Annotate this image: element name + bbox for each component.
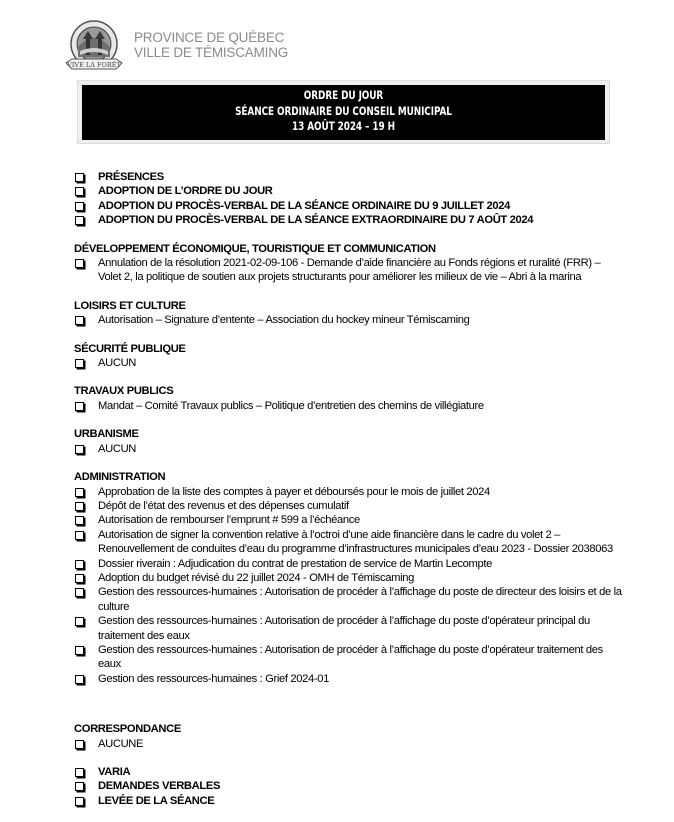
section-heading: SÉCURITÉ PUBLIQUE bbox=[74, 342, 622, 356]
opening-item: ADOPTION DU PROCÈS-VERBAL DE LA SÉANCE E… bbox=[74, 213, 622, 227]
checkbox-icon[interactable] bbox=[74, 199, 98, 213]
agenda-item-text: AUCUNE bbox=[98, 737, 622, 751]
meeting-date: 13 AOÛT 2024 – 19 H bbox=[119, 119, 569, 135]
section-item: AUCUN bbox=[74, 442, 622, 456]
agenda-item-text: VARIA bbox=[98, 765, 622, 779]
meeting-type: SÉANCE ORDINAIRE DU CONSEIL MUNICIPAL bbox=[119, 104, 569, 120]
section-item: AUCUN bbox=[74, 356, 622, 370]
agenda-section: DÉVELOPPEMENT ÉCONOMIQUE, TOURISTIQUE ET… bbox=[74, 242, 622, 285]
agenda-item-text: Gestion des ressources-humaines : Grief … bbox=[98, 672, 622, 686]
agenda-item-text: AUCUN bbox=[98, 356, 622, 370]
checkbox-icon[interactable] bbox=[74, 585, 98, 599]
closing-item: VARIA bbox=[74, 765, 622, 779]
title-banner-frame: ORDRE DU JOUR SÉANCE ORDINAIRE DU CONSEI… bbox=[77, 80, 610, 144]
section-item: Gestion des ressources-humaines : Grief … bbox=[74, 672, 622, 686]
section-item: Dossier riverain : Adjudication du contr… bbox=[74, 557, 622, 571]
section-item: Adoption du budget révisé du 22 juillet … bbox=[74, 571, 622, 585]
checkbox-icon[interactable] bbox=[74, 256, 98, 270]
agenda-item-text: Autorisation de rembourser l’emprunt # 5… bbox=[98, 513, 622, 527]
section-item: Gestion des ressources-humaines : Autori… bbox=[74, 614, 622, 643]
agenda-item-text: Dossier riverain : Adjudication du contr… bbox=[98, 557, 622, 571]
checkbox-icon[interactable] bbox=[74, 399, 98, 413]
agenda-item-text: Mandat – Comité Travaux publics – Politi… bbox=[98, 399, 622, 413]
svg-text:VIVE LA FORÊT: VIVE LA FORÊT bbox=[66, 60, 121, 69]
section-item: Mandat – Comité Travaux publics – Politi… bbox=[74, 399, 622, 413]
city-crest-logo-icon: VIVE LA FORÊT bbox=[62, 19, 126, 77]
agenda-item-text: LEVÉE DE LA SÉANCE bbox=[98, 794, 622, 808]
agenda-section: CORRESPONDANCEAUCUNE bbox=[74, 722, 622, 751]
section-heading: TRAVAUX PUBLICS bbox=[74, 384, 622, 398]
agenda-item-text: Dépôt de l’état des revenus et des dépen… bbox=[98, 499, 622, 513]
province-name: PROVINCE DE QUÉBEC bbox=[134, 30, 288, 45]
checkbox-icon[interactable] bbox=[74, 779, 98, 793]
checkbox-icon[interactable] bbox=[74, 513, 98, 527]
checkbox-icon[interactable] bbox=[74, 557, 98, 571]
letterhead-text: PROVINCE DE QUÉBEC VILLE DE TÉMISCAMING bbox=[134, 30, 288, 60]
opening-item: ADOPTION DE L’ORDRE DU JOUR bbox=[74, 184, 622, 198]
city-name: VILLE DE TÉMISCAMING bbox=[134, 45, 288, 60]
section-heading: CORRESPONDANCE bbox=[74, 722, 622, 736]
agenda-item-text: ADOPTION DU PROCÈS-VERBAL DE LA SÉANCE O… bbox=[98, 199, 622, 213]
letterhead: VIVE LA FORÊT PROVINCE DE QUÉBEC VILLE D… bbox=[62, 18, 288, 78]
section-item: Autorisation de signer la convention rel… bbox=[74, 528, 622, 557]
section-item: Autorisation – Signature d’entente – Ass… bbox=[74, 313, 622, 327]
agenda-item-text: Autorisation de signer la convention rel… bbox=[98, 528, 622, 557]
section-item: Annulation de la résolution 2021-02-09-1… bbox=[74, 256, 622, 285]
agenda-item-text: Gestion des ressources-humaines : Autori… bbox=[98, 585, 622, 614]
agenda-section: ADMINISTRATIONApprobation de la liste de… bbox=[74, 470, 622, 686]
checkbox-icon[interactable] bbox=[74, 643, 98, 657]
agenda-item-text: ADOPTION DE L’ORDRE DU JOUR bbox=[98, 184, 622, 198]
agenda-item-text: DEMANDES VERBALES bbox=[98, 779, 622, 793]
checkbox-icon[interactable] bbox=[74, 170, 98, 184]
checkbox-icon[interactable] bbox=[74, 672, 98, 686]
section-item: Gestion des ressources-humaines : Autori… bbox=[74, 643, 622, 672]
checkbox-icon[interactable] bbox=[74, 356, 98, 370]
checkbox-icon[interactable] bbox=[74, 528, 98, 542]
section-item: Approbation de la liste des comptes à pa… bbox=[74, 485, 622, 499]
agenda-item-text: AUCUN bbox=[98, 442, 622, 456]
agenda-item-text: Annulation de la résolution 2021-02-09-1… bbox=[98, 256, 622, 285]
closing-item: DEMANDES VERBALES bbox=[74, 779, 622, 793]
section-item: AUCUNE bbox=[74, 737, 622, 751]
agenda-item-text: Gestion des ressources-humaines : Autori… bbox=[98, 643, 622, 672]
agenda-section: URBANISMEAUCUN bbox=[74, 427, 622, 456]
checkbox-icon[interactable] bbox=[74, 184, 98, 198]
agenda-item-text: Approbation de la liste des comptes à pa… bbox=[98, 485, 622, 499]
closing-item: LEVÉE DE LA SÉANCE bbox=[74, 794, 622, 808]
opening-item: ADOPTION DU PROCÈS-VERBAL DE LA SÉANCE O… bbox=[74, 199, 622, 213]
checkbox-icon[interactable] bbox=[74, 571, 98, 585]
section-heading: DÉVELOPPEMENT ÉCONOMIQUE, TOURISTIQUE ET… bbox=[74, 242, 622, 256]
section-heading: LOISIRS ET CULTURE bbox=[74, 299, 622, 313]
agenda-section: TRAVAUX PUBLICSMandat – Comité Travaux p… bbox=[74, 384, 622, 413]
checkbox-icon[interactable] bbox=[74, 313, 98, 327]
checkbox-icon[interactable] bbox=[74, 442, 98, 456]
checkbox-icon[interactable] bbox=[74, 485, 98, 499]
agenda-item-text: PRÉSENCES bbox=[98, 170, 622, 184]
checkbox-icon[interactable] bbox=[74, 794, 98, 808]
opening-item: PRÉSENCES bbox=[74, 170, 622, 184]
agenda-section: LOISIRS ET CULTUREAutorisation – Signatu… bbox=[74, 299, 622, 328]
agenda-section: SÉCURITÉ PUBLIQUEAUCUN bbox=[74, 342, 622, 371]
checkbox-icon[interactable] bbox=[74, 614, 98, 628]
checkbox-icon[interactable] bbox=[74, 765, 98, 779]
agenda-item-text: ADOPTION DU PROCÈS-VERBAL DE LA SÉANCE E… bbox=[98, 213, 622, 227]
agenda-item-text: Gestion des ressources-humaines : Autori… bbox=[98, 614, 622, 643]
section-item: Autorisation de rembourser l’emprunt # 5… bbox=[74, 513, 622, 527]
title-banner: ORDRE DU JOUR SÉANCE ORDINAIRE DU CONSEI… bbox=[82, 85, 605, 140]
spacer bbox=[74, 751, 622, 765]
section-heading: URBANISME bbox=[74, 427, 622, 441]
section-heading: ADMINISTRATION bbox=[74, 470, 622, 484]
agenda-item-text: Autorisation – Signature d’entente – Ass… bbox=[98, 313, 622, 327]
checkbox-icon[interactable] bbox=[74, 499, 98, 513]
checkbox-icon[interactable] bbox=[74, 737, 98, 751]
agenda-item-text: Adoption du budget révisé du 22 juillet … bbox=[98, 571, 622, 585]
section-item: Dépôt de l’état des revenus et des dépen… bbox=[74, 499, 622, 513]
checkbox-icon[interactable] bbox=[74, 213, 98, 227]
agenda: PRÉSENCESADOPTION DE L’ORDRE DU JOURADOP… bbox=[74, 170, 622, 808]
section-item: Gestion des ressources-humaines : Autori… bbox=[74, 585, 622, 614]
document-title: ORDRE DU JOUR bbox=[119, 88, 569, 104]
